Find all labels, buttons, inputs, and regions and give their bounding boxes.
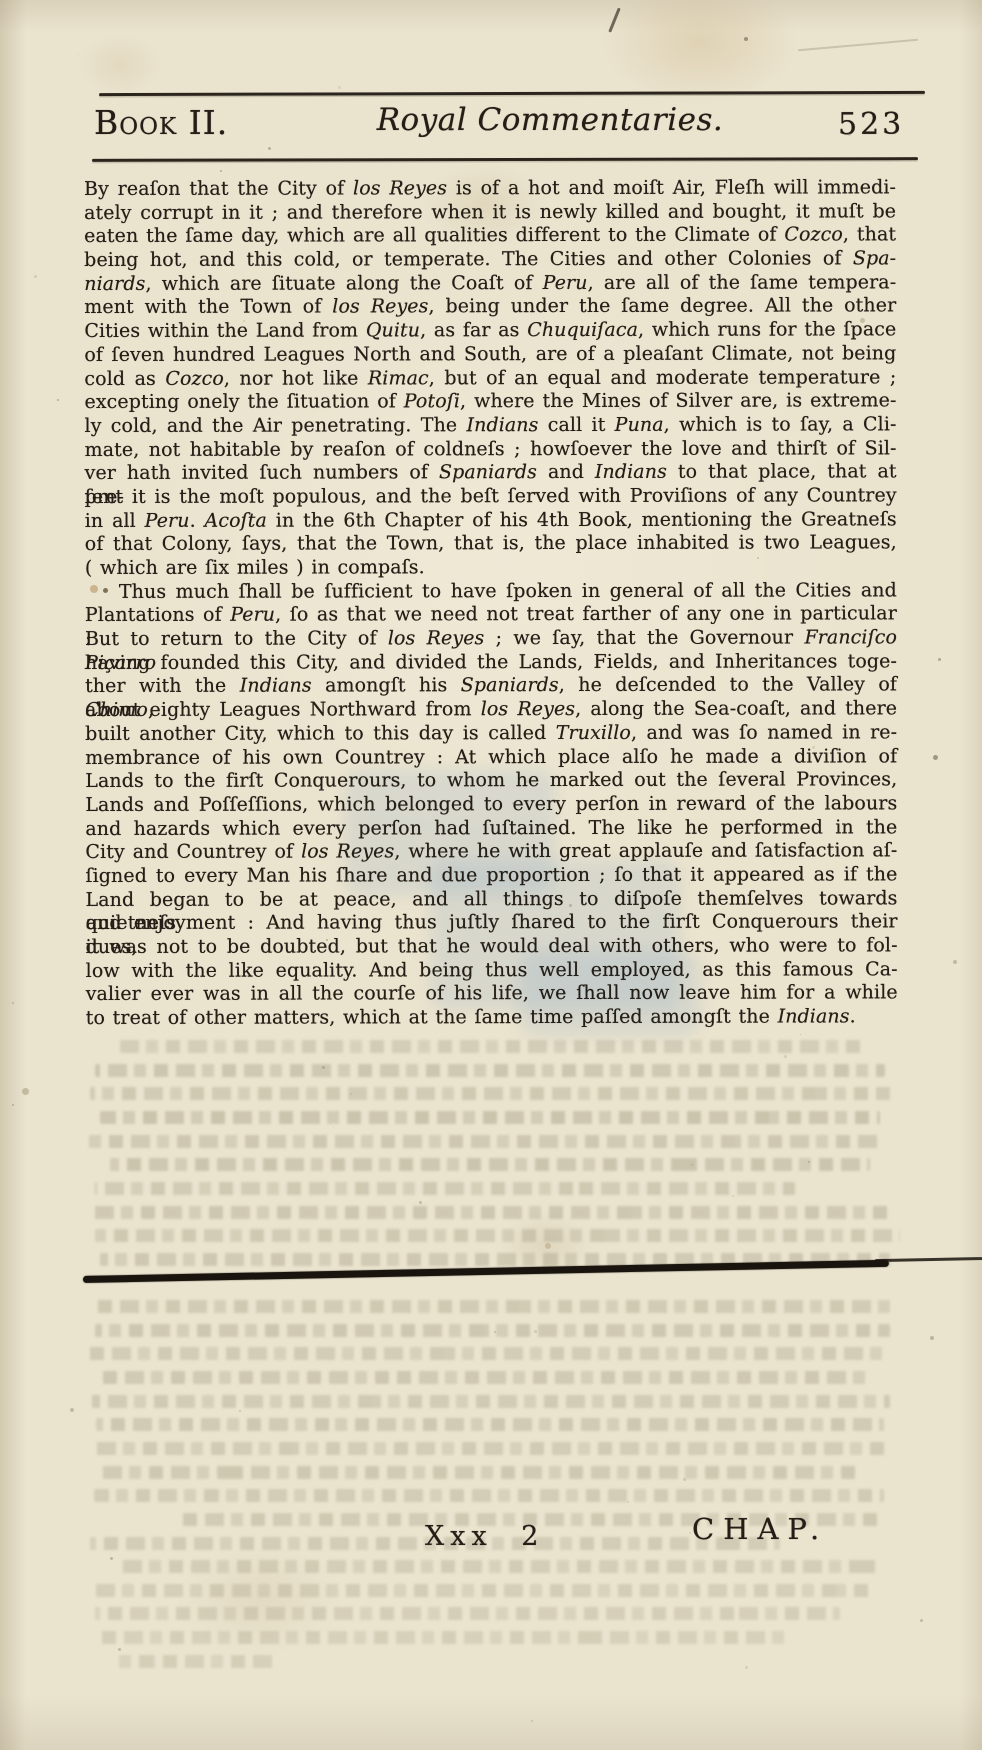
text-segment: Lands to the firſt Conquerours, to whom … (85, 768, 897, 792)
text-segment: ment with the Town of (84, 296, 332, 319)
italic-text: Acoſta (205, 509, 267, 531)
text-line: Thus much ſhall be ſufficient to have ſp… (85, 579, 897, 604)
showthrough-text (94, 1489, 884, 1502)
text-segment: , nor hot like (224, 367, 368, 389)
paper-speck (920, 1619, 923, 1622)
paper-speck (534, 1330, 537, 1333)
paper-speck (784, 1055, 787, 1058)
showthrough-text (95, 1064, 885, 1077)
paper-speck (494, 1331, 496, 1333)
text-line: of ſeven hundred Leagues North and South… (84, 342, 896, 367)
text-segment: is of a hot and moiſt Air, Fleſh will im… (447, 176, 896, 199)
text-line: valier ever was in all the courſe of his… (86, 982, 898, 1007)
showthrough-text (110, 1158, 870, 1171)
paper-speck (268, 147, 271, 150)
paper-speck (110, 1557, 113, 1560)
showthrough-text (95, 1324, 890, 1337)
text-line: and enjoyment : And having thus juſtly ſ… (86, 911, 898, 936)
book-label: Book II. (94, 103, 228, 142)
paper-speck (930, 1336, 934, 1340)
text-line: about eighty Leagues Northward from los … (85, 697, 897, 722)
text-segment: excepting onely the ſituation of (84, 391, 403, 414)
text-segment: Cities within the Land from (84, 320, 366, 343)
paper-speck (322, 1066, 325, 1069)
italic-text: Puna (615, 414, 664, 436)
italic-text: Indians (240, 675, 312, 697)
showthrough-text (100, 1371, 870, 1384)
showthrough-text (90, 1584, 870, 1597)
paper-speck (326, 939, 328, 941)
text-segment: about eighty Leagues Northward from (85, 698, 481, 721)
showthrough-text (120, 1040, 860, 1053)
text-segment: in all (85, 509, 145, 531)
paper-speck (70, 1408, 74, 1412)
text-segment: , which is to ſay, a Cli- (664, 413, 897, 435)
showthrough-text (90, 1300, 890, 1313)
showthrough-text (120, 1560, 880, 1573)
showthrough-text (88, 1135, 883, 1148)
book-page: Book II. Royal Commentaries. 523 By reaſ… (0, 0, 982, 1750)
text-segment: Plantations of (85, 604, 230, 626)
italic-text: Spaniards (439, 461, 537, 483)
italic-text: Indians (778, 1005, 850, 1027)
page-number: 523 (838, 107, 904, 142)
text-segment: , where the Mines of Silver are, is extr… (460, 389, 896, 412)
showthrough-text (95, 1182, 795, 1195)
text-line: ment with the Town of los Reyes, being u… (84, 295, 896, 320)
text-segment: , which are ſituate along the Coaſt of (145, 272, 542, 295)
paper-speck (933, 755, 938, 760)
text-segment: , but of an equal and moderate temperatu… (429, 366, 897, 389)
showthrough-text (96, 1418, 884, 1431)
text-segment: ſent it is the moſt populous, and the be… (85, 484, 897, 508)
italic-text: Indians (595, 461, 667, 483)
paper-speck (691, 1164, 693, 1166)
paragraph: Thus much ſhall be ſufficient to have ſp… (85, 579, 898, 1031)
showthrough-text (100, 1111, 880, 1124)
header-rule-bottom (92, 157, 918, 162)
italic-text: Peru (230, 604, 275, 626)
text-line: ſent it is the moſt populous, and the be… (85, 484, 897, 509)
showthrough-text (95, 1607, 840, 1620)
text-line: low with the like equality. And being th… (86, 958, 898, 983)
text-segment: being hot, and this cold, or temperate. … (84, 247, 853, 271)
italic-text: los Reyes (481, 698, 576, 720)
text-segment: , he deſcended to the Valley of (559, 674, 897, 697)
italic-text: los Reyes (301, 841, 394, 863)
text-segment: having founded this City, and divided th… (85, 650, 897, 674)
text-segment: , along the Sea-coaſt, and there (575, 697, 897, 720)
text-segment: valier ever was in all the courſe of his… (86, 982, 898, 1006)
text-line: ately corrupt in it ; and therefore when… (84, 200, 896, 225)
showthrough-text (90, 1442, 885, 1455)
text-line: cold as Cozco, nor hot like Rimac, but o… (84, 366, 896, 391)
paper-speck (419, 1201, 422, 1204)
text-segment: call it (538, 414, 614, 436)
paper-speck (338, 86, 341, 89)
text-segment: , being under the ſame degree. All the o… (428, 295, 896, 318)
text-segment: ther with the (85, 675, 240, 697)
text-segment: Lands and Poſſeſſions, which belonged to… (85, 792, 897, 816)
text-segment: ly cold, and the Air penetrating. The (84, 414, 466, 437)
text-segment: But to return to the City of (85, 627, 388, 650)
text-line: being hot, and this cold, or temperate. … (84, 247, 896, 272)
text-line: Lands and Poſſeſſions, which belonged to… (85, 792, 897, 817)
paper-speck (12, 1104, 14, 1106)
paper-speck (12, 1002, 14, 1004)
header-rule-top (99, 91, 925, 96)
text-line: Land began to be at peace, and all thing… (85, 887, 897, 912)
paper-speck (545, 1243, 551, 1249)
text-line: and hazards which every perſon had ſuſta… (85, 816, 897, 841)
text-line: excepting onely the ſituation of Potoſi,… (84, 389, 896, 414)
text-line: ſigned to every Man his ſhare and due pr… (85, 863, 897, 888)
text-segment: and (537, 461, 595, 483)
italic-text: Indians (466, 414, 538, 436)
paragraph: By reaſon that the City of los Reyes is … (84, 176, 897, 580)
text-segment: , are all of the ſame tempera- (588, 271, 897, 294)
text-line: ly cold, and the Air penetrating. The In… (84, 413, 896, 438)
italic-text: Chuquiſaca (527, 319, 638, 341)
italic-text: los Reyes (332, 296, 428, 318)
text-line: in all Peru. Acoſta in the 6th Chapter o… (85, 508, 897, 533)
paper-speck (664, 921, 667, 924)
text-segment: ately corrupt in it ; and therefore when… (84, 200, 896, 224)
italic-text: Peru (145, 509, 190, 531)
paper-speck (732, 1195, 734, 1197)
text-segment: , that (843, 224, 896, 246)
catchword: CHAP. (692, 1512, 828, 1546)
text-line: eaten the ſame day, which are all qualit… (84, 224, 896, 249)
text-segment: ſigned to every Man his ſhare and due pr… (85, 863, 897, 887)
ink-mark (608, 7, 620, 32)
paper-speck (78, 54, 79, 55)
italic-text: Truxillo (556, 722, 631, 744)
paper-speck (619, 407, 622, 410)
text-line: ( which are ſix miles ) in compaſs. (85, 555, 897, 580)
paper-speck (333, 1127, 334, 1128)
paper-speck (743, 1625, 744, 1626)
text-line: it was not to be doubted, but that he wo… (86, 934, 898, 959)
paper-speck (57, 399, 59, 401)
text-segment: of that Colony, ſays, that the Town, tha… (85, 532, 897, 556)
text-segment: low with the like equality. And being th… (86, 958, 898, 982)
italic-text: Spa- (853, 247, 896, 269)
text-line: Cities within the Land from Quitu, as fa… (84, 318, 896, 343)
italic-text: niards (84, 273, 145, 295)
text-segment: ; we ſay, that the Governour (484, 627, 804, 650)
text-line: By reaſon that the City of los Reyes is … (84, 176, 896, 201)
showthrough-text (95, 1229, 900, 1242)
paper-scratch (798, 39, 918, 51)
text-segment: cold as (84, 367, 165, 389)
paper-speck (103, 588, 108, 593)
text-segment: eaten the ſame day, which are all qualit… (84, 224, 784, 247)
paper-speck (745, 1666, 748, 1669)
italic-text: Cozco (784, 224, 843, 246)
text-line: to treat of other matters, which at the … (86, 1005, 898, 1030)
running-title: Royal Commentaries. (330, 102, 770, 138)
text-segment: and hazards which every perſon had ſuſta… (85, 816, 897, 840)
paper-speck (22, 1088, 29, 1095)
text-line: membrance of his own Countrey : At which… (85, 745, 897, 770)
paper-speck (683, 1478, 686, 1481)
paper-speck (953, 960, 957, 964)
text-segment: membrance of his own Countrey : At which… (85, 745, 897, 769)
paper-speck (848, 133, 851, 136)
paper-speck (239, 1410, 241, 1412)
text-line: built another City, which to this day is… (85, 721, 897, 746)
paper-speck (476, 728, 478, 730)
text-segment: City and Countrey of (85, 841, 301, 863)
text-segment: , and was ſo named in re- (631, 721, 897, 744)
text-segment: ( which are ſix miles ) in compaſs. (85, 556, 425, 579)
showthrough-text (100, 1466, 860, 1479)
text-segment: ver hath invited ſuch numbers of (85, 462, 439, 485)
text-segment: Thus much ſhall be ſufficient to have ſp… (119, 579, 897, 603)
text-line: mate, not habitable by reaſon of coldneſ… (85, 437, 897, 462)
paper-speck (744, 37, 748, 41)
text-segment: , which runs for the ſpace (638, 318, 896, 341)
showthrough-text (118, 1655, 278, 1668)
text-segment: , where he with great applauſe and ſatis… (394, 840, 897, 863)
text-segment: By reaſon that the City of (84, 177, 353, 200)
text-segment: it was not to be doubted, but that he wo… (86, 934, 898, 958)
paper-speck (404, 546, 407, 549)
text-segment: to treat of other matters, which at the … (86, 1006, 778, 1029)
text-line: Lands to the firſt Conquerours, to whom … (85, 768, 897, 793)
paper-speck (860, 318, 865, 323)
text-line: But to return to the City of los Reyes ;… (85, 626, 897, 651)
italic-text: Cozco (165, 367, 224, 389)
italic-text: Quitu (366, 319, 420, 341)
paper-speck (757, 557, 759, 559)
text-segment: built another City, which to this day is… (85, 722, 556, 745)
text-segment: in the 6th Chapter of his 4th Book, ment… (267, 508, 897, 531)
text-line: City and Countrey of los Reyes, where he… (85, 840, 897, 865)
italic-text: los Reyes (388, 627, 485, 649)
showthrough-text (92, 1395, 890, 1408)
paper-speck (531, 1720, 533, 1722)
paper-speck (627, 1501, 629, 1503)
text-line: Plantations of Peru, ſo as that we need … (85, 603, 897, 628)
italic-text: Potoſi (404, 390, 460, 412)
paper-speck (220, 170, 222, 172)
showthrough-text (90, 1206, 890, 1219)
showthrough-text (90, 1087, 890, 1100)
paper-speck (800, 1034, 801, 1035)
italic-text: los Reyes (353, 177, 447, 199)
paper-speck (90, 585, 98, 593)
signature-mark: Xxx 2 (425, 1521, 544, 1552)
text-segment: , as far as (420, 319, 527, 341)
paper-speck (689, 1532, 691, 1534)
text-segment: . (850, 1005, 856, 1027)
paper-speck (938, 658, 941, 661)
text-line: ther with the Indians amongſt his Spania… (85, 674, 897, 699)
paper-speck (118, 1648, 121, 1651)
text-segment: of ſeven hundred Leagues North and South… (84, 342, 896, 366)
text-line: of that Colony, ſays, that the Town, tha… (85, 532, 897, 557)
text-line: niards, which are ſituate along the Coaſ… (84, 271, 896, 296)
text-segment: amongſt his (312, 675, 461, 697)
showthrough-text (88, 1347, 888, 1360)
text-line: ver hath invited ſuch numbers of Spaniar… (85, 461, 897, 486)
paper-speck (34, 275, 37, 278)
text-line: having founded this City, and divided th… (85, 650, 897, 675)
showthrough-text (100, 1631, 790, 1644)
italic-text: Spaniards (461, 674, 559, 696)
italic-text: Peru (543, 272, 588, 294)
text-segment: mate, not habitable by reaſon of coldneſ… (85, 437, 897, 461)
text-segment: . (190, 509, 205, 531)
body-text: By reaſon that the City of los Reyes is … (84, 176, 898, 1030)
italic-text: Rimac (368, 367, 429, 389)
